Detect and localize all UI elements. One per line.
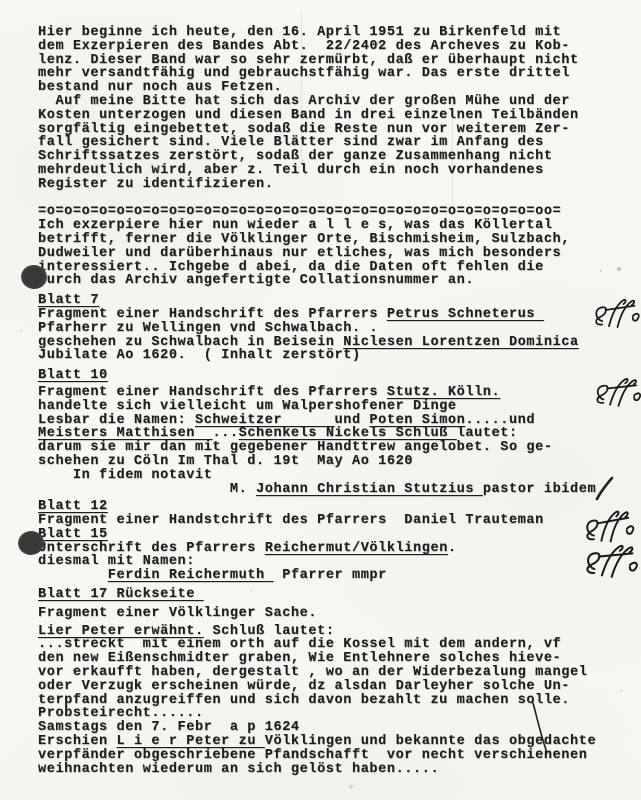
- text-line: schehen zu Cöln Im Thal d. 19t May Ao 16…: [38, 455, 623, 469]
- plain-text: durch das Archiv angefertigte Collations…: [38, 273, 474, 288]
- plain-text: ...streckt mit einem orth auf die Kossel…: [38, 637, 561, 652]
- plain-text: bestand nur noch aus Fetzen.: [38, 80, 282, 95]
- text-line: Schriftssatzes zerstört, sodaß der ganze…: [38, 150, 623, 164]
- plain-text: Fragment einer Völklinger Sache.: [38, 606, 317, 621]
- plain-text: Erschien: [38, 734, 117, 749]
- underlined-text: Niclesen Lorentzen Dominica: [343, 335, 578, 350]
- text-line: vor erkaufft haben, dergestalt , wo an d…: [38, 666, 623, 680]
- underlined-text: Schenkels Nickels Schluß: [239, 426, 457, 441]
- text-line: den new Eißenschmidter graben, Wie Entle…: [38, 652, 623, 666]
- plain-text: diesmal mit Namen:: [38, 554, 195, 569]
- plain-text: fall gesichert sind. Viele Blätter sind …: [38, 135, 544, 150]
- text-line: interessiert.. Ichgebe d abei, da die Da…: [38, 261, 623, 275]
- plain-text: vor erkaufft haben, dergestalt , wo an d…: [38, 665, 587, 680]
- underlined-text: Petrus Schneterus: [387, 307, 544, 322]
- text-line: In fidem notavit: [38, 469, 623, 483]
- text-line: Samstags den 7. Febr a p 1624: [38, 721, 623, 735]
- text-line: Blatt 7: [38, 294, 623, 308]
- plain-text: Auf meine Bitte hat sich das Archiv der …: [38, 94, 570, 109]
- plain-text: Hier beginne ich heute, den 16. April 19…: [38, 25, 561, 40]
- scan-specks: [0, 0, 2, 2]
- text-line: Fragment einer Handstchrift des Pfarrers…: [38, 514, 623, 528]
- underlined-text: Lier Peter erwähnt.: [38, 624, 204, 639]
- plain-text: lenz. Dieser Band war so sehr zermürbt, …: [38, 53, 579, 68]
- text-line: =o=o=o=o=o=o=o=o=o=o=o=o=o=o=o=o=o=o=o=o…: [38, 205, 623, 219]
- text-line: Register zu identifizieren.: [38, 178, 623, 192]
- text-line: mehr versandtfähig und gebrauchstfähig w…: [38, 67, 623, 81]
- text-line: Blatt 15: [38, 528, 623, 542]
- underlined-text: Blatt 7: [38, 293, 99, 308]
- plain-text: Register zu identifizieren.: [38, 177, 273, 192]
- text-line: Hier beginne ich heute, den 16. April 19…: [38, 26, 623, 40]
- text-line: Lesbar die Namen: Schweitzer und Poten S…: [38, 414, 623, 428]
- plain-text: Lesbar die Namen:: [38, 413, 195, 428]
- plain-text: Dudweiler und darüberhinaus nur etliches…: [38, 246, 561, 261]
- text-line: dem Exzerpieren des Bandes Abt. 22/2402 …: [38, 40, 623, 54]
- text-line: Pfarherr zu Wellingen vnd Schwalbach. .: [38, 322, 623, 336]
- text-line: handelte sich vielleicht um Walpershofen…: [38, 400, 623, 414]
- plain-text: und: [335, 413, 370, 428]
- plain-text: Pfarrer mmpr: [274, 568, 387, 583]
- text-line: durch das Archiv angefertigte Collations…: [38, 274, 623, 288]
- plain-text: den new Eißenschmidter graben, Wie Entle…: [38, 651, 561, 666]
- plain-text: M.: [38, 482, 256, 497]
- text-line: Meisters Matthisen ...Schenkels Nickels …: [38, 427, 623, 441]
- underlined-text: Blatt 12: [38, 499, 108, 514]
- text-line: M. Johann Christian Stutzius pastor ibid…: [38, 483, 623, 497]
- plain-text: geschehen zu Schwalbach in Beisein: [38, 335, 343, 350]
- plain-text: Schriftssatzes zerstört, sodaß der ganze…: [38, 149, 553, 164]
- text-line: ...streckt mit einem orth auf die Kossel…: [38, 638, 623, 652]
- underlined-text: Poten Simon: [369, 413, 465, 428]
- typewritten-text: Hier beginne ich heute, den 16. April 19…: [38, 26, 623, 776]
- text-line: Dudweiler und darüberhinaus nur etliches…: [38, 247, 623, 261]
- plain-text: [38, 568, 108, 583]
- plain-text: =o=o=o=o=o=o=o=o=o=o=o=o=o=o=o=o=o=o=o=o…: [38, 204, 561, 219]
- text-line: verpfänder obgeschriebene Pfandschafft v…: [38, 749, 623, 763]
- underlined-text: Blatt 15: [38, 527, 108, 542]
- text-line: Probsteirecht......: [38, 707, 623, 721]
- plain-text: dem Exzerpieren des Bandes Abt. 22/2402 …: [38, 39, 570, 54]
- plain-text: Fragment einer Handschrift des Pfarrers: [38, 385, 387, 400]
- plain-text: Schluß lautet:: [204, 624, 335, 639]
- plain-text: sorgfältig eingebettet, sodaß die Reste …: [38, 122, 570, 137]
- text-line: Ich exzerpiere hier nun wieder a l l e s…: [38, 219, 623, 233]
- plain-text: Unterschrift des Pfarrers: [38, 541, 265, 556]
- text-line: [38, 192, 623, 206]
- plain-text: Probsteirecht......: [38, 706, 204, 721]
- text-line: sorgfältig eingebettet, sodaß die Reste …: [38, 123, 623, 137]
- plain-text: Ich exzerpiere hier nun wieder a l l e s…: [38, 218, 553, 233]
- text-line: Fragment einer Handschrift des Pfarrers …: [38, 308, 623, 322]
- underlined-text: Stutz. Kölln.: [387, 385, 500, 400]
- underlined-text: Blatt 17 Rückseite: [38, 587, 204, 602]
- text-line: lenz. Dieser Band war so sehr zermürbt, …: [38, 54, 623, 68]
- text-line: fall gesichert sind. Viele Blätter sind …: [38, 136, 623, 150]
- text-line: oder Verzugk erscheinen würde, dz alsdan…: [38, 680, 623, 694]
- plain-text: verpfänder obgeschriebene Pfandschafft v…: [38, 748, 587, 763]
- text-line: terpfand anzugreiffen und sich davon bez…: [38, 694, 623, 708]
- underlined-text: Blatt 10: [38, 368, 108, 383]
- text-line: Jubilate Ao 1620. ( Inhalt zerstört): [38, 349, 623, 363]
- plain-text: oder Verzugk erscheinen würde, dz alsdan…: [38, 679, 570, 694]
- plain-text: terpfand anzugreiffen und sich davon bez…: [38, 693, 570, 708]
- plain-text: .: [448, 541, 457, 556]
- text-line: weihnachten wiederum an sich gelöst habe…: [38, 763, 623, 777]
- plain-text: betrifft, ferner die Völklinger Orte, Bi…: [38, 232, 570, 247]
- text-line: Fragment einer Handschrift des Pfarrers …: [38, 386, 623, 400]
- text-line: Unterschrift des Pfarrers Reichermut/Völ…: [38, 542, 623, 556]
- underlined-text: Schweitzer: [195, 413, 335, 428]
- plain-text: In fidem notavit: [38, 468, 212, 483]
- text-line: Erschien L i e r Peter zu Völklingen und…: [38, 735, 623, 749]
- plain-text: Fragment einer Handstchrift des Pfarrers…: [38, 513, 544, 528]
- plain-text: handelte sich vielleicht um Walpershofen…: [38, 399, 457, 414]
- underlined-text: Meisters Matthisen: [38, 426, 212, 441]
- plain-text: ...: [212, 426, 238, 441]
- plain-text: interessiert.. Ichgebe d abei, da die Da…: [38, 260, 544, 275]
- text-line: Blatt 12: [38, 500, 623, 514]
- text-line: Lier Peter erwähnt. Schluß lautet:: [38, 625, 623, 639]
- text-line: Auf meine Bitte hat sich das Archiv der …: [38, 95, 623, 109]
- document-page: Hier beginne ich heute, den 16. April 19…: [0, 0, 641, 800]
- underlined-text: Reichermut/Völklingen: [265, 541, 448, 556]
- plain-text: schehen zu Cöln Im Thal d. 19t May Ao 16…: [38, 454, 413, 469]
- plain-text: Pfarherr zu Wellingen vnd Schwalbach. .: [38, 321, 378, 336]
- plain-text: Fragment einer Handschrift des Pfarrers: [38, 307, 387, 322]
- text-line: Kosten unterzogen und diesen Band in dre…: [38, 109, 623, 123]
- plain-text: Samstags den 7. Febr a p 1624: [38, 720, 300, 735]
- plain-text: Jubilate Ao 1620. ( Inhalt zerstört): [38, 348, 361, 363]
- underlined-text: L i e r Peter zu: [117, 734, 265, 749]
- text-line: Fragment einer Völklinger Sache.: [38, 607, 623, 621]
- plain-text: mehr versandtfähig und gebrauchstfähig w…: [38, 66, 570, 81]
- text-line: Blatt 10: [38, 369, 623, 383]
- text-line: Ferdin Reichermuth Pfarrer mmpr: [38, 569, 623, 583]
- plain-text: .....und: [465, 413, 535, 428]
- plain-text: darum sie mir dan mit gegebener Handttre…: [38, 440, 553, 455]
- text-line: diesmal mit Namen:: [38, 555, 623, 569]
- plain-text: mehrdeutlich wird, aber z. Teil durch ei…: [38, 163, 544, 178]
- plain-text: weihnachten wiederum an sich gelöst habe…: [38, 762, 439, 777]
- plain-text: Kosten unterzogen und diesen Band in dre…: [38, 108, 579, 123]
- text-line: betrifft, ferner die Völklinger Orte, Bi…: [38, 233, 623, 247]
- text-line: darum sie mir dan mit gegebener Handttre…: [38, 441, 623, 455]
- underlined-text: Ferdin Reichermuth: [108, 568, 274, 583]
- underlined-text: Johann Christian Stutzius: [256, 482, 483, 497]
- plain-text: lautet:: [457, 426, 518, 441]
- text-line: mehrdeutlich wird, aber z. Teil durch ei…: [38, 164, 623, 178]
- plain-text: pastor ibidem: [483, 482, 596, 497]
- text-line: Blatt 17 Rückseite: [38, 588, 623, 602]
- text-line: bestand nur noch aus Fetzen.: [38, 81, 623, 95]
- plain-text: Völklingen und bekannte das obgedachte: [265, 734, 596, 749]
- text-line: geschehen zu Schwalbach in Beisein Nicle…: [38, 336, 623, 350]
